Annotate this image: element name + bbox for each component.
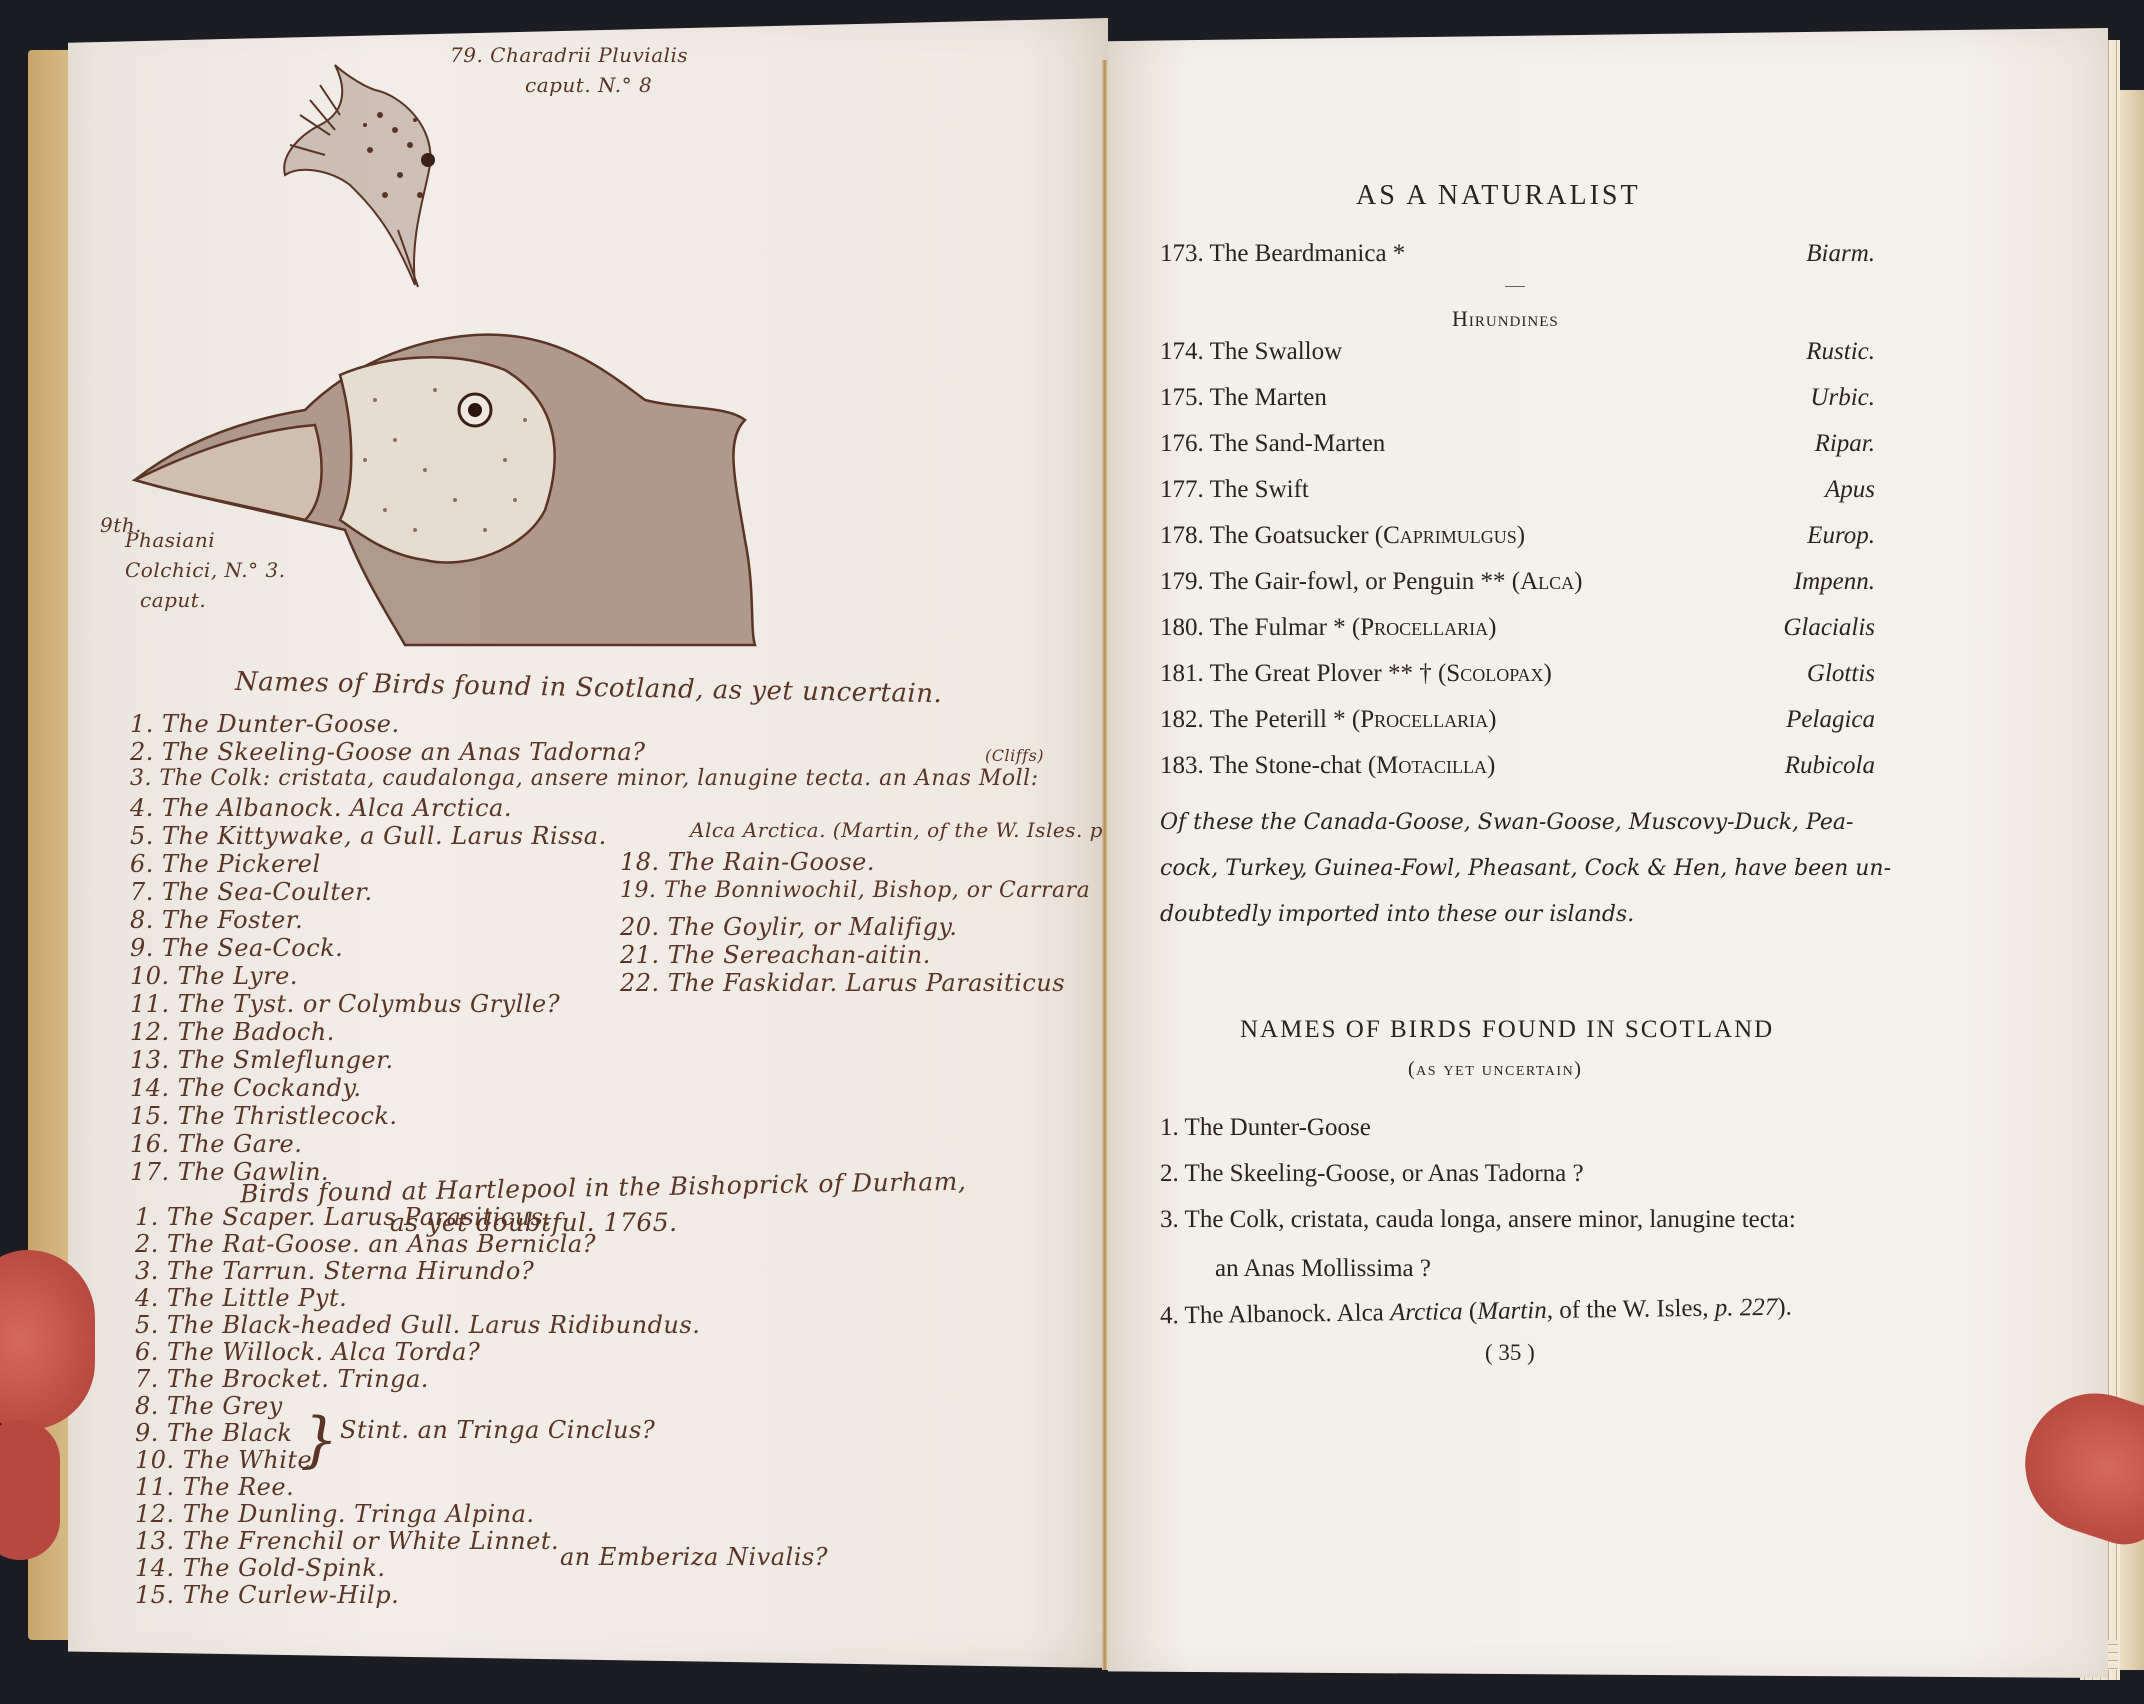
manuscript-list-item: 12. The Dunling. Tringa Alpina. [135, 1502, 535, 1526]
manuscript-margin-note: (Cliffs) [985, 748, 1044, 764]
entry-row: 182. The Peterill * (Procellaria) Pelagi… [1160, 706, 1875, 740]
scotland-subheading: (as yet uncertain) [1408, 1058, 1582, 1081]
list-item: 3. The Colk, cristata, cauda longa, anse… [1160, 1206, 1796, 1234]
entry-latin: Rustic. [1806, 338, 1875, 366]
entry-latin: Impenn. [1794, 568, 1875, 596]
entry-row: 183. The Stone-chat (Motacilla) Rubicola [1160, 752, 1875, 786]
scotland-heading: NAMES OF BIRDS FOUND IN SCOTLAND [1240, 1016, 1774, 1044]
entry-latin: Biarm. [1806, 240, 1875, 268]
entry-name: The Great Plover ** † [1210, 660, 1432, 687]
entry-name: The Sand-Marten [1210, 430, 1386, 457]
manuscript-list-item: 9. The Black [135, 1421, 292, 1445]
manuscript-list-item: 4. The Little Pyt. [135, 1286, 347, 1310]
entry-name: The Marten [1210, 384, 1327, 411]
entry-name: The Peterill * [1210, 706, 1346, 733]
entry-number: 176. [1160, 430, 1204, 457]
entry-number: 179. [1160, 568, 1204, 595]
manuscript-list-item: 10. The White [135, 1448, 312, 1472]
manuscript-list-item: 11. The Ree. [135, 1475, 294, 1499]
list-item-continuation: an Anas Mollissima ? [1215, 1255, 1431, 1283]
list-item: 2. The Skeeling-Goose, or Anas Tadorna ? [1160, 1160, 1584, 1188]
manuscript-list-item: 6. The Willock. Alca Torda? [135, 1340, 480, 1364]
sketch-top-caption-line1: 79. Charadrii Pluvialis [450, 45, 688, 65]
entry-name: The Swift [1210, 476, 1309, 503]
item4-text: ( [1463, 1298, 1478, 1325]
manuscript-list-item: 14. The Gold-Spink. [135, 1556, 385, 1580]
manuscript-list-item: 15. The Thristlecock. [130, 1104, 398, 1128]
entry-latin: Rubicola [1785, 752, 1875, 780]
entry-latin: Apus [1825, 476, 1875, 504]
entry-row: 180. The Fulmar * (Procellaria) Glaciali… [1160, 614, 1875, 648]
manuscript-list-item: 8. The Grey [135, 1394, 283, 1418]
item4-italic: p. 227 [1715, 1294, 1778, 1322]
item4-italic: Arctica [1390, 1298, 1463, 1326]
entry-name: The Stone-chat [1210, 752, 1362, 779]
manuscript-list-item: 15. The Curlew-Hilp. [135, 1583, 399, 1607]
entry-row: 177. The Swift Apus [1160, 476, 1875, 510]
plover-head-sketch-icon [280, 55, 500, 295]
book-gutter [1102, 60, 1108, 1670]
manuscript-list-item: 22. The Faskidar. Larus Parasiticus [620, 971, 1065, 995]
manuscript-list-item: 19. The Bonniwochil, Bishop, or Carrara [620, 880, 1090, 902]
entry-row: 176. The Sand-Marten Ripar. [1160, 430, 1875, 464]
item4-italic: Martin, [1477, 1297, 1553, 1325]
manuscript-list-item: 8. The Foster. [130, 908, 303, 932]
manuscript-list-item: 16. The Gare. [130, 1132, 302, 1156]
entry-latin: Glottis [1807, 660, 1875, 688]
entry-row: 179. The Gair-fowl, or Penguin ** (Alca)… [1160, 568, 1875, 602]
entry-name: The Swallow [1210, 338, 1343, 365]
page-number: ( 35 ) [1485, 1340, 1535, 1366]
manuscript-list-item: 4. The Albanock. Alca Arctica. [130, 796, 512, 820]
section-heading-hirundines: Hirundines [1452, 306, 1559, 332]
entry-number: 175. [1160, 384, 1204, 411]
note-line: cock, Turkey, Guinea-Fowl, Pheasant, Coc… [1160, 856, 1891, 881]
manuscript-list-item: 2. The Skeeling-Goose an Anas Tadorna? [130, 740, 646, 764]
manuscript-list-item: 12. The Badoch. [130, 1020, 335, 1044]
entry-row: 174. The Swallow Rustic. [1160, 338, 1875, 372]
manuscript-list-item: 5. The Black-headed Gull. Larus Ridibund… [135, 1313, 700, 1337]
pheasant-head-sketch-icon [125, 330, 765, 650]
entry-genus: (Caprimulgus) [1375, 522, 1525, 549]
entry-173: 173. The Beardmanica * Biarm. [1160, 240, 1875, 274]
item4-text: ). [1777, 1294, 1792, 1321]
manuscript-list-item: 10. The Lyre. [130, 964, 298, 988]
entry-row: 175. The Marten Urbic. [1160, 384, 1875, 418]
manuscript-list-item: 2. The Rat-Goose. an Anas Bernicla? [135, 1232, 596, 1256]
manuscript-list-item: 1. The Dunter-Goose. [130, 712, 400, 736]
entry-genus: (Scolopax) [1438, 660, 1552, 687]
divider [1505, 286, 1525, 287]
running-head: AS A NATURALIST [1356, 180, 1641, 212]
entry-number: 183. [1160, 752, 1204, 779]
entry-genus: (Alca) [1512, 568, 1583, 595]
sketch-main-caption-line1: Phasiani [125, 530, 215, 550]
entry-number: 177. [1160, 476, 1204, 503]
entry-name: The Gair-fowl, or Penguin ** [1210, 568, 1506, 595]
entry-genus: (Procellaria) [1352, 614, 1497, 641]
manuscript-stint-note: Stint. an Tringa Cinclus? [340, 1418, 655, 1442]
manuscript-linnet-note: an Emberiza Nivalis? [560, 1545, 828, 1569]
manuscript-list-item: 3. The Colk: cristata, caudalonga, anser… [130, 768, 1039, 790]
entry-latin: Glacialis [1783, 614, 1875, 642]
list-item: 1. The Dunter-Goose [1160, 1114, 1371, 1142]
manuscript-list-item: 13. The Smleflunger. [130, 1048, 394, 1072]
entry-name: The Goatsucker [1210, 522, 1369, 549]
manuscript-list-item: 5. The Kittywake, a Gull. Larus Rissa. [130, 824, 607, 848]
entry-latin: Urbic. [1810, 384, 1875, 412]
manuscript-list-item: 14. The Cockandy. [130, 1076, 362, 1100]
item4-text: 4. The Albanock. Alca [1160, 1299, 1390, 1329]
entry-row: 181. The Great Plover ** † (Scolopax) Gl… [1160, 660, 1875, 694]
manuscript-list-item: 3. The Tarrun. Sterna Hirundo? [135, 1259, 534, 1283]
entry-number: 180. [1160, 614, 1204, 641]
manuscript-list-item: 18. The Rain-Goose. [620, 850, 875, 874]
entry-name: 173. The Beardmanica * [1160, 240, 1405, 268]
entry-number: 181. [1160, 660, 1204, 687]
manuscript-list-item: 9. The Sea-Cock. [130, 936, 343, 960]
entry-latin: Ripar. [1815, 430, 1875, 458]
manuscript-list-item: 13. The Frenchil or White Linnet. [135, 1529, 559, 1553]
note-line: doubtedly imported into these our island… [1160, 902, 1634, 927]
entry-number: 182. [1160, 706, 1204, 733]
manuscript-list-item: 20. The Goylir, or Malifigy. [620, 915, 957, 939]
entry-number: 174. [1160, 338, 1204, 365]
right-page-printed [1108, 28, 2108, 1678]
entry-latin: Pelagica [1786, 706, 1875, 734]
open-book: 79. Charadrii Pluvialis caput. N.° 8 9th… [0, 0, 2144, 1704]
item4-text: of the W. Isles, [1553, 1295, 1715, 1324]
entry-name: The Fulmar * [1210, 614, 1346, 641]
entry-row: 178. The Goatsucker (Caprimulgus) Europ. [1160, 522, 1875, 556]
sketch-top-caption-line2: caput. N.° 8 [525, 75, 652, 95]
entry-genus: (Procellaria) [1352, 706, 1497, 733]
sketch-main-caption-line3: caput. [140, 590, 206, 610]
manuscript-list-item: 11. The Tyst. or Colymbus Grylle? [130, 992, 560, 1016]
manuscript-list-item: 6. The Pickerel [130, 852, 321, 876]
left-finger [0, 1420, 60, 1560]
sketch-main-caption-line2: Colchici, N.° 3. [125, 560, 286, 580]
manuscript-list-item: 7. The Brocket. Tringa. [135, 1367, 429, 1391]
note-line: Of these the Canada-Goose, Swan-Goose, M… [1160, 810, 1853, 835]
entry-genus: (Motacilla) [1368, 752, 1495, 779]
manuscript-list-item: 21. The Sereachan-aitin. [620, 943, 931, 967]
brace-icon: } [300, 1410, 339, 1470]
entry-latin: Europ. [1807, 522, 1875, 550]
manuscript-list-item: 1. The Scaper. Larus Parasiticus. [135, 1205, 552, 1229]
manuscript-inline-note: Alca Arctica. (Martin, of the W. Isles. … [690, 820, 1172, 840]
left-thumb [0, 1250, 95, 1430]
manuscript-list-item: 7. The Sea-Coulter. [130, 880, 373, 904]
entry-number: 178. [1160, 522, 1204, 549]
